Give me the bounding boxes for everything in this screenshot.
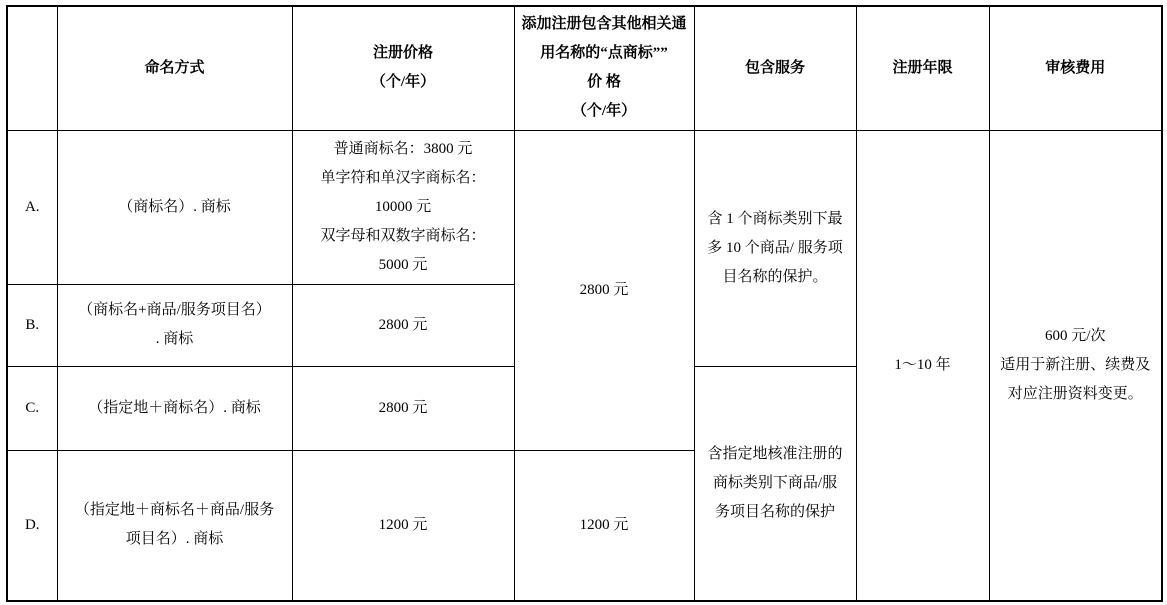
header-row: 命名方式 注册价格 （个/年） 添加注册包含其他相关通 用名称的“点商标”” 价…	[7, 6, 1162, 130]
row-c-index: C.	[7, 366, 57, 450]
row-d-naming: （指定地＋商标名＋商品/服务 项目名）. 商标	[57, 450, 292, 601]
registration-years-cell: 1～10 年	[856, 130, 989, 601]
row-a-naming: （商标名）. 商标	[57, 130, 292, 284]
trademark-pricing-table: 命名方式 注册价格 （个/年） 添加注册包含其他相关通 用名称的“点商标”” 价…	[6, 5, 1163, 602]
table-row-a: A. （商标名）. 商标 普通商标名：3800 元 单字符和单汉字商标名： 10…	[7, 130, 1162, 284]
service-cell-cd: 含指定地核准注册的 商标类别下商品/服 务项目名称的保护	[694, 366, 856, 601]
header-naming-method: 命名方式	[57, 6, 292, 130]
dot-price-cell-d: 1200 元	[514, 450, 694, 601]
header-dot-trademark-price: 添加注册包含其他相关通 用名称的“点商标”” 价 格 （个/年）	[514, 6, 694, 130]
dot-price-cell-abc: 2800 元	[514, 130, 694, 450]
row-d-index: D.	[7, 450, 57, 601]
header-audit-fee: 审核费用	[989, 6, 1162, 130]
row-c-registration-price: 2800 元	[292, 366, 514, 450]
row-a-registration-price: 普通商标名：3800 元 单字符和单汉字商标名： 10000 元 双字母和双数字…	[292, 130, 514, 284]
service-cell-ab: 含 1 个商标类别下最 多 10 个商品/ 服务项 目名称的保护。	[694, 130, 856, 366]
row-b-registration-price: 2800 元	[292, 284, 514, 366]
row-d-registration-price: 1200 元	[292, 450, 514, 601]
header-index	[7, 6, 57, 130]
row-b-naming: （商标名+商品/服务项目名） . 商标	[57, 284, 292, 366]
row-c-naming: （指定地＋商标名）. 商标	[57, 366, 292, 450]
header-registration-years: 注册年限	[856, 6, 989, 130]
audit-fee-cell: 600 元/次 适用于新注册、续费及 对应注册资料变更。	[989, 130, 1162, 601]
header-included-service: 包含服务	[694, 6, 856, 130]
row-b-index: B.	[7, 284, 57, 366]
row-a-index: A.	[7, 130, 57, 284]
header-registration-price: 注册价格 （个/年）	[292, 6, 514, 130]
